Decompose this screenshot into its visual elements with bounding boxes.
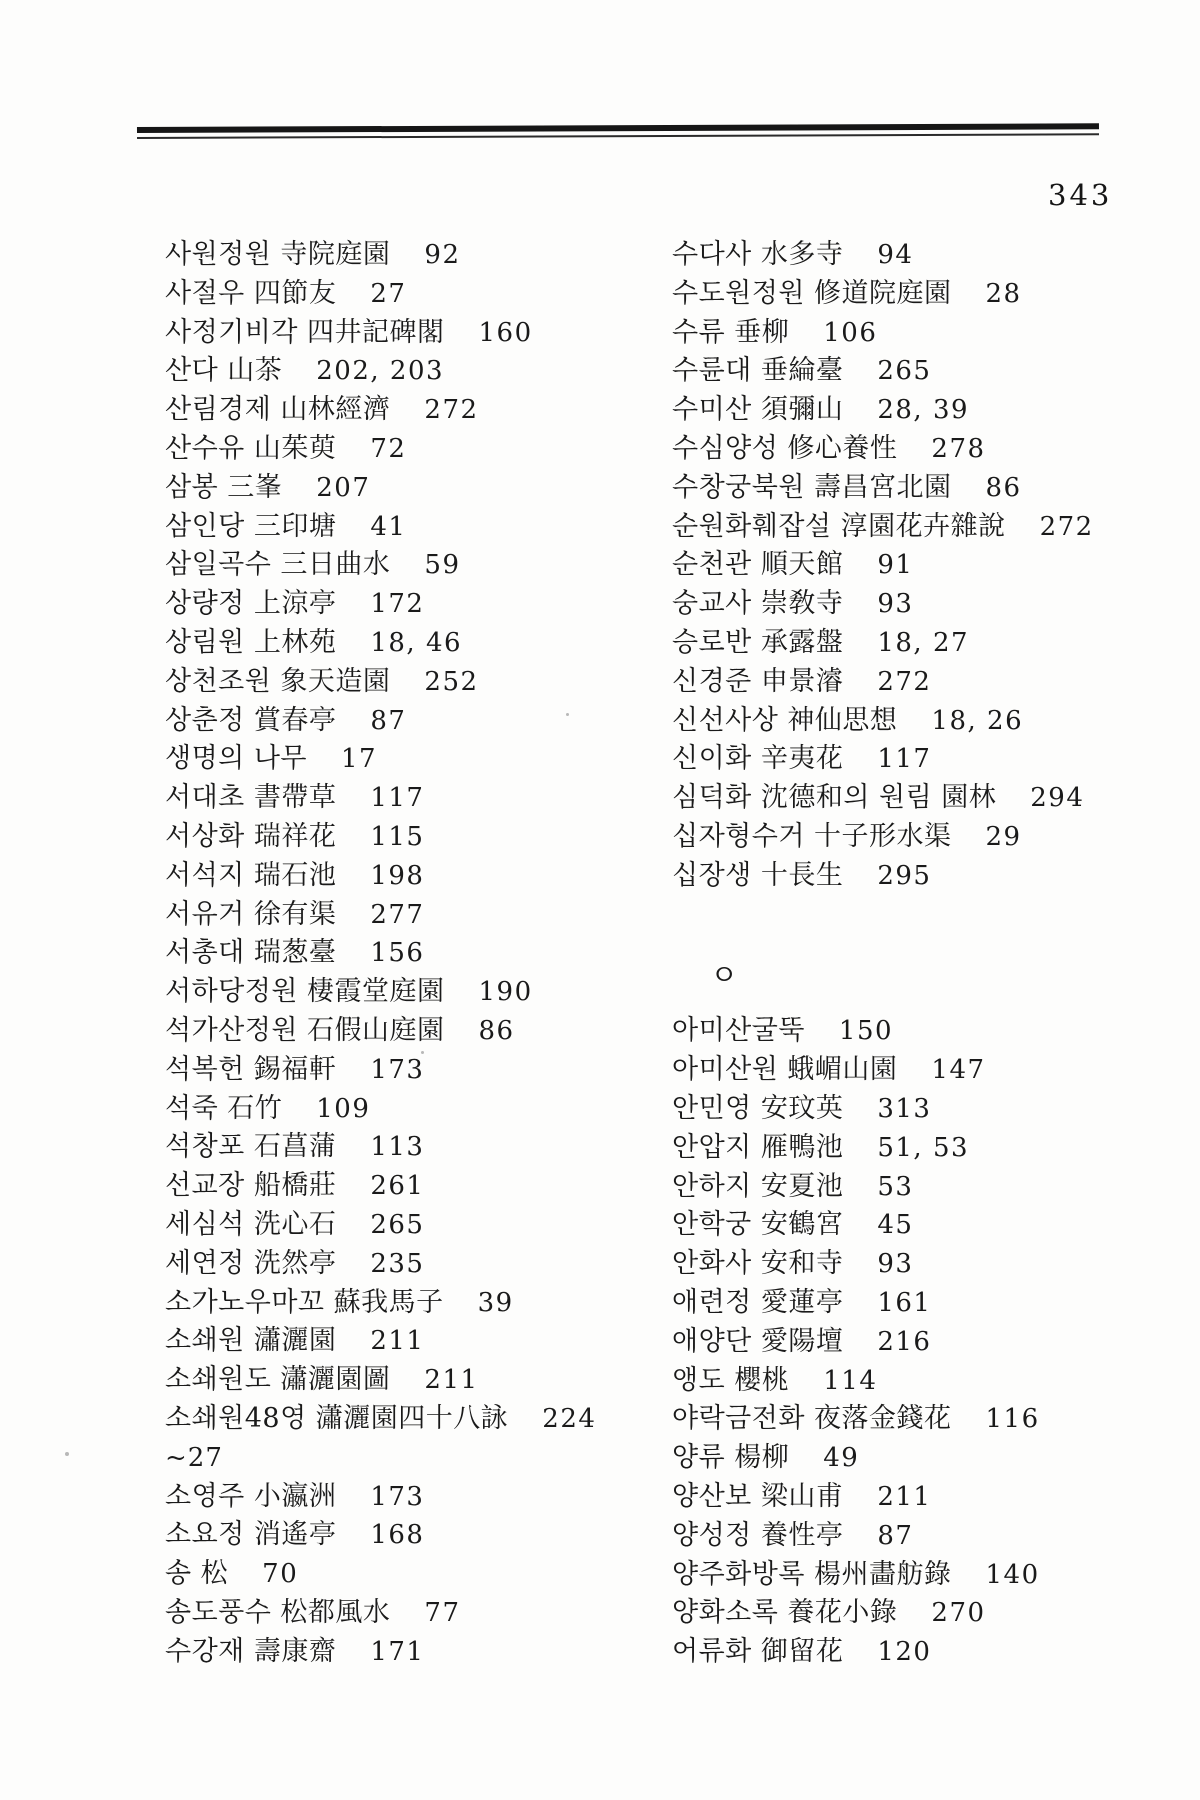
- index-entry: 산림경제 山林經濟272: [165, 391, 665, 430]
- entry-term: 상천조원 象天造園: [165, 666, 390, 697]
- entry-pages: 265: [877, 356, 931, 386]
- entry-pages: 261: [370, 1171, 424, 1201]
- index-entry: 앵도 櫻桃114: [672, 1362, 1192, 1401]
- entry-pages: 117: [877, 744, 931, 774]
- index-entry: 십자형수거 十子形水渠29: [672, 818, 1192, 857]
- index-entry: 신경준 申景濬272: [672, 663, 1192, 702]
- index-entry: 소쇄원 瀟灑園211: [165, 1322, 665, 1361]
- index-entry: 수도원정원 修道院庭園28: [672, 275, 1192, 314]
- entry-pages: 294: [1030, 783, 1084, 813]
- entry-term: 신선사상 神仙思想: [672, 705, 897, 736]
- index-entry: 소가노우마꼬 蘇我馬子39: [165, 1284, 665, 1323]
- entry-term: 수류 垂柳: [672, 317, 789, 348]
- entry-pages: 17: [341, 744, 377, 774]
- index-entry: 수미산 須彌山28, 39: [672, 391, 1192, 430]
- index-entry: 수륜대 垂綸臺265: [672, 352, 1192, 391]
- index-entry: 심덕화 沈德和의 원림 園林294: [672, 779, 1192, 818]
- entry-pages: 147: [931, 1055, 985, 1085]
- entry-pages: 235: [370, 1249, 424, 1279]
- entry-term: ~27: [165, 1443, 223, 1473]
- index-entry: 사절우 四節友27: [165, 275, 665, 314]
- page-number: 343: [1048, 178, 1112, 212]
- entry-pages: 116: [986, 1404, 1040, 1434]
- index-entry: 안하지 安夏池53: [672, 1168, 1192, 1207]
- entry-term: 안하지 安夏池: [672, 1171, 843, 1202]
- entry-term: 승로반 承露盤: [672, 627, 843, 658]
- index-entry: 양성정 養性亭87: [672, 1517, 1192, 1556]
- entry-term: 상림원 上林苑: [165, 627, 336, 658]
- index-entry: 순원화훼잡설 淳園花卉雜說272: [672, 508, 1192, 547]
- entry-pages: 45: [877, 1210, 913, 1240]
- index-entry: 서유거 徐有渠277: [165, 896, 665, 935]
- entry-pages: 198: [370, 861, 424, 891]
- entry-pages: 59: [424, 550, 460, 580]
- entry-term: 소쇄원도 瀟灑園圖: [165, 1364, 390, 1395]
- entry-term: 선교장 船橋莊: [165, 1170, 336, 1201]
- entry-pages: 28: [986, 279, 1022, 309]
- entry-term: 소쇄원 瀟灑園: [165, 1325, 336, 1356]
- index-entry: 상춘정 賞春亭87: [165, 702, 665, 741]
- entry-pages: 211: [877, 1482, 931, 1512]
- entry-term: 서상화 瑞祥花: [165, 821, 336, 852]
- entry-pages: 113: [370, 1132, 424, 1162]
- index-entry: 송 松70: [165, 1555, 665, 1594]
- entry-pages: 156: [370, 938, 424, 968]
- entry-term: 산림경제 山林經濟: [165, 394, 390, 425]
- entry-pages: 93: [877, 1249, 913, 1279]
- entry-term: 양류 楊柳: [672, 1442, 789, 1473]
- entry-pages: 115: [370, 822, 424, 852]
- entry-pages: 117: [370, 783, 424, 813]
- entry-term: 수륜대 垂綸臺: [672, 355, 843, 386]
- entry-pages: 72: [370, 434, 406, 464]
- entry-pages: 173: [370, 1482, 424, 1512]
- scan-speck: [421, 1051, 424, 1054]
- entry-term: 수창궁북원 壽昌宮北園: [672, 472, 952, 503]
- entry-term: 삼일곡수 三日曲水: [165, 549, 390, 580]
- entry-pages: 272: [877, 667, 931, 697]
- entry-pages: 70: [262, 1559, 298, 1589]
- index-entry: 서석지 瑞石池198: [165, 857, 665, 896]
- entry-term: 서하당정원 棲霞堂庭園: [165, 976, 445, 1007]
- entry-pages: 51, 53: [877, 1133, 969, 1163]
- index-entry: 세연정 洗然亭235: [165, 1245, 665, 1284]
- entry-pages: 53: [877, 1172, 913, 1202]
- entry-pages: 18, 27: [877, 628, 969, 658]
- entry-term: 삼봉 三峯: [165, 472, 282, 503]
- entry-pages: 190: [479, 977, 533, 1007]
- entry-term: 앵도 櫻桃: [672, 1365, 789, 1396]
- section-header: ㅇ: [672, 956, 1192, 995]
- index-entry: 신이화 辛夷花117: [672, 740, 1192, 779]
- index-entry: 수다사 水多寺94: [672, 236, 1192, 275]
- entry-term: 심덕화 沈德和의 원림 園林: [672, 782, 996, 813]
- entry-term: 서석지 瑞石池: [165, 860, 336, 891]
- entry-term: 양화소록 養花小錄: [672, 1597, 897, 1628]
- entry-term: 안학궁 安鶴宮: [672, 1209, 843, 1240]
- entry-term: 양성정 養性亭: [672, 1520, 843, 1551]
- section-header-label: ㅇ: [710, 958, 738, 992]
- entry-term: 안민영 安玟英: [672, 1093, 843, 1124]
- entry-pages: 173: [370, 1055, 424, 1085]
- index-entry: 석죽 石竹109: [165, 1090, 665, 1129]
- entry-pages: 109: [316, 1094, 370, 1124]
- index-entry: 아미산굴뚝150: [672, 1012, 1192, 1051]
- entry-pages: 18, 26: [931, 706, 1023, 736]
- entry-pages: 252: [424, 667, 478, 697]
- entry-pages: 224: [542, 1404, 596, 1434]
- entry-pages: 28, 39: [877, 395, 969, 425]
- entry-term: 수미산 須彌山: [672, 394, 843, 425]
- entry-term: 생명의 나무: [165, 743, 307, 774]
- entry-term: 사원정원 寺院庭園: [165, 239, 390, 270]
- index-entry: 수심양성 修心養性278: [672, 430, 1192, 469]
- index-entry: 안압지 雁鴨池51, 53: [672, 1129, 1192, 1168]
- index-entry: 석가산정원 石假山庭園86: [165, 1012, 665, 1051]
- index-entry: 승로반 承露盤18, 27: [672, 624, 1192, 663]
- index-entry: 애련정 愛蓮亭161: [672, 1284, 1192, 1323]
- entry-term: 상춘정 賞春亭: [165, 705, 336, 736]
- index-entry: 아미산원 蛾嵋山園147: [672, 1051, 1192, 1090]
- index-entry: 애양단 愛陽壇216: [672, 1323, 1192, 1362]
- entry-term: 십장생 十長生: [672, 860, 843, 891]
- entry-term: 양주화방록 楊州畵舫錄: [672, 1559, 952, 1590]
- index-entry: 양주화방록 楊州畵舫錄140: [672, 1556, 1192, 1595]
- entry-pages: 202, 203: [316, 356, 444, 386]
- index-entry: 안화사 安和寺93: [672, 1245, 1192, 1284]
- entry-pages: 172: [370, 589, 424, 619]
- entry-term: 애련정 愛蓮亭: [672, 1287, 843, 1318]
- entry-term: 양산보 梁山甫: [672, 1481, 843, 1512]
- entry-pages: 41: [370, 512, 406, 542]
- entry-term: 산다 山茶: [165, 355, 282, 386]
- entry-pages: 161: [877, 1288, 931, 1318]
- entry-term: 소영주 小瀛洲: [165, 1481, 336, 1512]
- entry-pages: 87: [877, 1521, 913, 1551]
- index-entry: 사원정원 寺院庭園92: [165, 236, 665, 275]
- entry-pages: 160: [479, 318, 533, 348]
- scan-speck: [566, 713, 569, 716]
- entry-pages: 265: [370, 1210, 424, 1240]
- index-entry: 소요정 消遙亭168: [165, 1516, 665, 1555]
- index-entry: 산수유 山茱萸72: [165, 430, 665, 469]
- index-entry: 소쇄원도 瀟灑園圖211: [165, 1361, 665, 1400]
- index-entry: 야락금전화 夜落金錢花116: [672, 1400, 1192, 1439]
- index-entry: 상량정 上涼亭172: [165, 585, 665, 624]
- entry-term: 삼인당 三印塘: [165, 511, 336, 542]
- entry-pages: 216: [877, 1327, 931, 1357]
- entry-pages: 92: [424, 240, 460, 270]
- entry-term: 상량정 上涼亭: [165, 588, 336, 619]
- entry-term: 서총대 瑞葱臺: [165, 937, 336, 968]
- entry-pages: 114: [823, 1366, 877, 1396]
- entry-term: 신이화 辛夷花: [672, 743, 843, 774]
- entry-pages: 87: [370, 706, 406, 736]
- book-index-page: 343 사원정원 寺院庭園92사절우 四節友27사정기비각 四井記碑閣160산다…: [0, 0, 1200, 1800]
- entry-pages: 211: [424, 1365, 478, 1395]
- entry-term: 십자형수거 十子形水渠: [672, 821, 952, 852]
- header-rule: [137, 123, 1099, 139]
- entry-pages: 171: [370, 1637, 424, 1667]
- entry-pages: 39: [478, 1288, 514, 1318]
- index-entry: 송도풍수 松都風水77: [165, 1594, 665, 1633]
- index-entry: 수창궁북원 壽昌宮北園86: [672, 469, 1192, 508]
- entry-pages: 94: [877, 240, 913, 270]
- scan-speck: [65, 1452, 69, 1456]
- index-entry: 순천관 順天館91: [672, 546, 1192, 585]
- entry-pages: 140: [986, 1560, 1040, 1590]
- entry-term: 안압지 雁鴨池: [672, 1132, 843, 1163]
- entry-pages: 313: [877, 1094, 931, 1124]
- entry-term: 수강재 壽康齋: [165, 1636, 336, 1667]
- index-entry: 십장생 十長生295: [672, 857, 1192, 896]
- entry-pages: 207: [316, 473, 370, 503]
- entry-term: 숭교사 崇敎寺: [672, 588, 843, 619]
- index-entry-continuation: ~27: [165, 1439, 665, 1478]
- index-entry: 양류 楊柳49: [672, 1439, 1192, 1478]
- entry-term: 석창포 石菖蒲: [165, 1131, 336, 1162]
- entry-pages: 49: [823, 1443, 859, 1473]
- entry-pages: 272: [1040, 512, 1094, 542]
- index-entry: 생명의 나무17: [165, 740, 665, 779]
- entry-term: 수도원정원 修道院庭園: [672, 278, 952, 309]
- index-entry: 수강재 壽康齋171: [165, 1633, 665, 1672]
- entry-pages: 211: [370, 1326, 424, 1356]
- index-entry: 산다 山茶202, 203: [165, 352, 665, 391]
- entry-pages: 278: [931, 434, 985, 464]
- entry-term: 아미산굴뚝: [672, 1015, 805, 1046]
- entry-pages: 270: [931, 1598, 985, 1628]
- entry-pages: 120: [877, 1637, 931, 1667]
- entry-pages: 93: [877, 589, 913, 619]
- entry-term: 야락금전화 夜落金錢花: [672, 1403, 952, 1434]
- index-entry: 석복헌 錫福軒173: [165, 1051, 665, 1090]
- entry-pages: 18, 46: [370, 628, 462, 658]
- index-entry: 서상화 瑞祥花115: [165, 818, 665, 857]
- index-entry: 안민영 安玟英313: [672, 1090, 1192, 1129]
- index-entry: 석창포 石菖蒲113: [165, 1128, 665, 1167]
- index-entry: 삼봉 三峯207: [165, 469, 665, 508]
- entry-term: 수심양성 修心養性: [672, 433, 897, 464]
- entry-term: 신경준 申景濬: [672, 666, 843, 697]
- index-entry: 어류화 御留花120: [672, 1633, 1192, 1672]
- index-entry: 세심석 洗心石265: [165, 1206, 665, 1245]
- entry-term: 산수유 山茱萸: [165, 433, 336, 464]
- index-entry: 소쇄원48영 瀟灑園四十八詠224: [165, 1400, 665, 1439]
- entry-pages: 86: [479, 1016, 515, 1046]
- entry-pages: 77: [424, 1598, 460, 1628]
- entry-term: 수다사 水多寺: [672, 239, 843, 270]
- index-entry: 상천조원 象天造園252: [165, 663, 665, 702]
- entry-pages: 106: [823, 318, 877, 348]
- index-entry: 선교장 船橋莊261: [165, 1167, 665, 1206]
- entry-term: 서대초 書帶草: [165, 782, 336, 813]
- entry-term: 석복헌 錫福軒: [165, 1054, 336, 1085]
- entry-pages: 91: [877, 550, 913, 580]
- entry-term: 세심석 洗心石: [165, 1209, 336, 1240]
- entry-pages: 29: [986, 822, 1022, 852]
- entry-term: 석가산정원 石假山庭園: [165, 1015, 445, 1046]
- entry-term: 세연정 洗然亭: [165, 1248, 336, 1279]
- entry-term: 순천관 順天館: [672, 549, 843, 580]
- entry-term: 애양단 愛陽壇: [672, 1326, 843, 1357]
- index-entry: 양산보 梁山甫211: [672, 1478, 1192, 1517]
- entry-term: 석죽 石竹: [165, 1093, 282, 1124]
- entry-pages: 86: [986, 473, 1022, 503]
- index-entry: 수류 垂柳106: [672, 314, 1192, 353]
- entry-term: 소가노우마꼬 蘇我馬子: [165, 1287, 444, 1318]
- entry-pages: 150: [839, 1016, 893, 1046]
- index-entry: 양화소록 養花小錄270: [672, 1594, 1192, 1633]
- entry-pages: 272: [424, 395, 478, 425]
- entry-term: 안화사 安和寺: [672, 1248, 843, 1279]
- entry-pages: 277: [370, 900, 424, 930]
- index-entry: 삼일곡수 三日曲水59: [165, 546, 665, 585]
- index-entry: 삼인당 三印塘41: [165, 508, 665, 547]
- index-entry: 사정기비각 四井記碑閣160: [165, 314, 665, 353]
- entry-pages: 168: [370, 1520, 424, 1550]
- entry-term: 소쇄원48영 瀟灑園四十八詠: [165, 1403, 508, 1434]
- index-entry: 서총대 瑞葱臺156: [165, 934, 665, 973]
- index-entry: 소영주 小瀛洲173: [165, 1478, 665, 1517]
- entry-term: 어류화 御留花: [672, 1636, 843, 1667]
- entry-term: 사절우 四節友: [165, 278, 336, 309]
- index-entry: 숭교사 崇敎寺93: [672, 585, 1192, 624]
- index-column-right: 수다사 水多寺94수도원정원 修道院庭園28수류 垂柳106수륜대 垂綸臺265…: [672, 236, 1192, 1672]
- entry-term: 송 松: [165, 1558, 228, 1589]
- entry-term: 사정기비각 四井記碑閣: [165, 317, 445, 348]
- entry-pages: 27: [370, 279, 406, 309]
- entry-term: 송도풍수 松都風水: [165, 1597, 390, 1628]
- entry-term: 순원화훼잡설 淳園花卉雜說: [672, 511, 1006, 542]
- index-entry: 안학궁 安鶴宮45: [672, 1206, 1192, 1245]
- index-entry: 서대초 書帶草117: [165, 779, 665, 818]
- entry-pages: 295: [877, 861, 931, 891]
- entry-term: 소요정 消遙亭: [165, 1519, 336, 1550]
- index-entry: 신선사상 神仙思想18, 26: [672, 702, 1192, 741]
- entry-term: 아미산원 蛾嵋山園: [672, 1054, 897, 1085]
- index-entry: 상림원 上林苑18, 46: [165, 624, 665, 663]
- index-entry: 서하당정원 棲霞堂庭園190: [165, 973, 665, 1012]
- index-column-left: 사원정원 寺院庭園92사절우 四節友27사정기비각 四井記碑閣160산다 山茶2…: [165, 236, 665, 1671]
- entry-term: 서유거 徐有渠: [165, 899, 336, 930]
